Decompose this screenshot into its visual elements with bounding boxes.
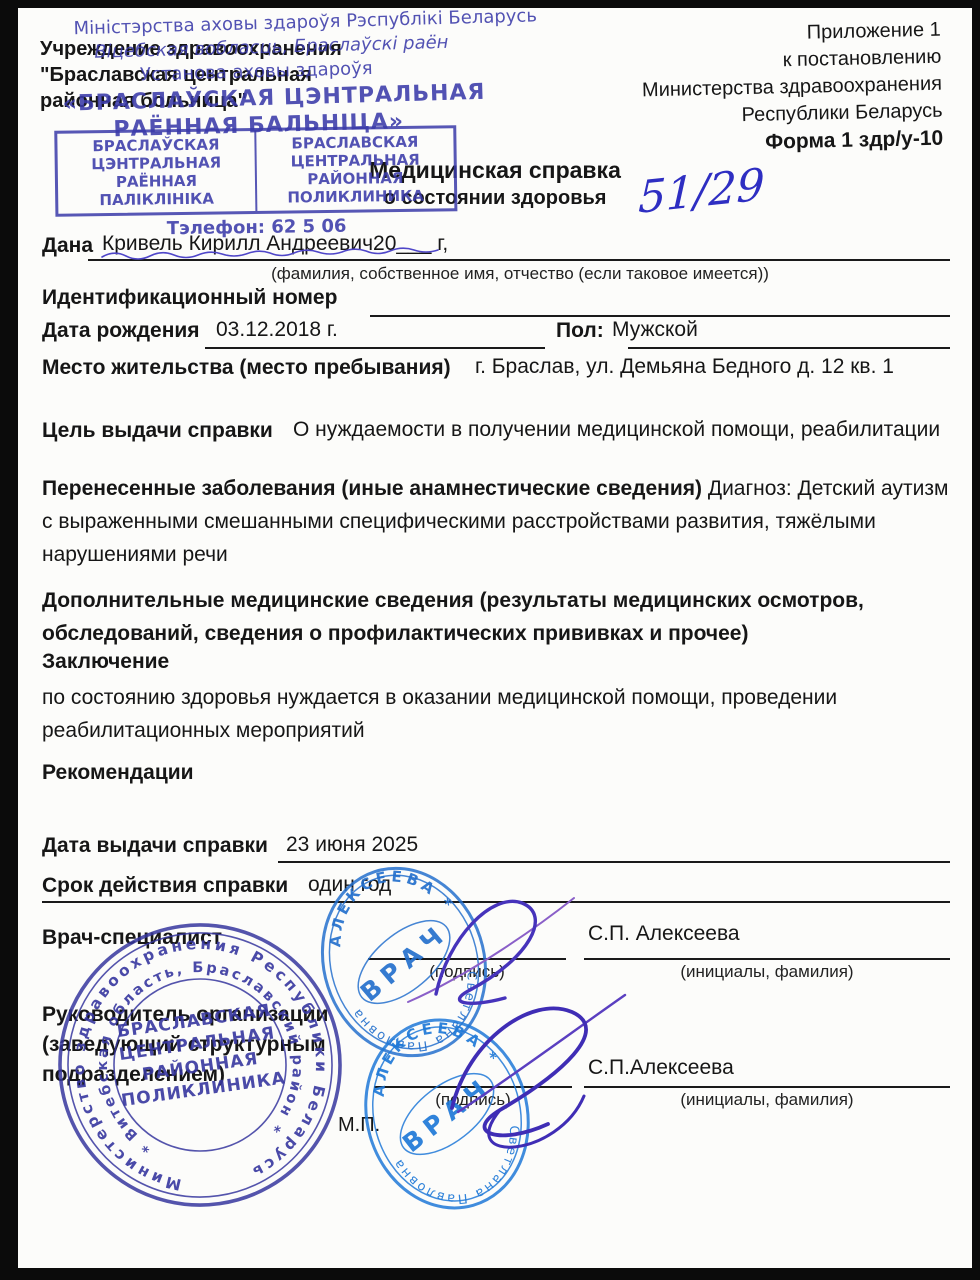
clinic-box-frame: БРАСЛАЎСКАЯ ЦЭНТРАЛЬНАЯ РАЁННАЯ ПАЛІКЛІН…	[54, 125, 457, 217]
stamp-phone: Тэлефон: 62 5 06	[55, 214, 457, 241]
stamp-line: РАЙОННАЯ ПОЛИКЛИНИКА	[257, 168, 454, 207]
clinic-box-stamp: БРАСЛАЎСКАЯ ЦЭНТРАЛЬНАЯ РАЁННАЯ ПАЛІКЛІН…	[54, 125, 457, 241]
clinic-box-right: БРАСЛАВСКАЯ ЦЕНТРАЛЬНАЯ РАЙОННАЯ ПОЛИКЛИ…	[256, 128, 454, 211]
stamp-line: РАЁННАЯ ПАЛІКЛІНІКА	[58, 171, 255, 210]
cert-number-handwritten: 51/29	[637, 159, 765, 224]
clinic-box-left: БРАСЛАЎСКАЯ ЦЭНТРАЛЬНАЯ РАЁННАЯ ПАЛІКЛІН…	[57, 131, 257, 214]
ministry-header-stamp: Міністэрства аховы здароўя Рэспублікі Бе…	[58, 5, 540, 143]
scanned-medical-certificate: Приложение 1 к постановлению Министерств…	[0, 0, 980, 1280]
